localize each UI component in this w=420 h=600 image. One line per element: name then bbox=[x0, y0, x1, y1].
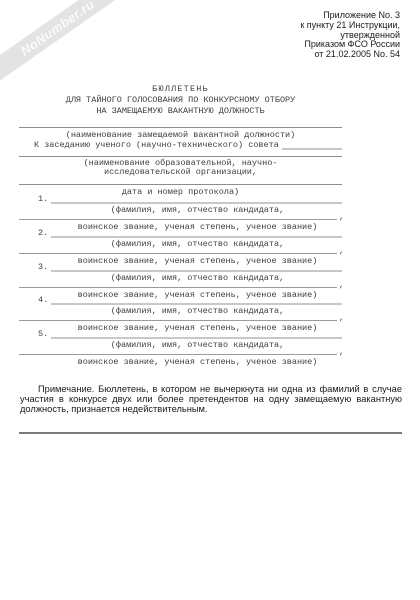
organization-caption-line: исследовательской организации, bbox=[19, 168, 342, 177]
entry-caption-top: (фамилия, имя, отчество кандидата, bbox=[53, 239, 342, 249]
entry-caption-bottom: воинское звание, ученая степень, ученое … bbox=[53, 357, 342, 367]
organization-caption: (наименование образовательной, научно- и… bbox=[19, 159, 342, 177]
council-label: К заседанию ученого (научно-технического… bbox=[34, 140, 279, 150]
entry-fill-row: 5. bbox=[38, 331, 342, 339]
bottom-rule bbox=[19, 432, 402, 434]
entry-fill-row: 2. bbox=[38, 230, 342, 238]
candidate-entry: 4. (фамилия, имя, отчество кандидата, , … bbox=[0, 297, 420, 331]
entry-separator-rule bbox=[19, 287, 337, 288]
annex-line: от 21.02.2005 No. 54 bbox=[300, 50, 400, 60]
entry-number: 3. bbox=[38, 262, 48, 272]
organization-rule bbox=[19, 156, 342, 157]
document-title: БЮЛЛЕТЕНЬ ДЛЯ ТАЙНОГО ГОЛОСОВАНИЯ ПО КОН… bbox=[19, 84, 342, 117]
title-line: БЮЛЛЕТЕНЬ bbox=[19, 84, 342, 95]
position-name-rule bbox=[19, 127, 342, 128]
title-line: ДЛЯ ТАЙНОГО ГОЛОСОВАНИЯ ПО КОНКУРСНОМУ О… bbox=[19, 95, 342, 106]
annex-reference-block: Приложение No. 3 к пункту 21 Инструкции,… bbox=[300, 11, 400, 60]
candidate-entry: 1. (фамилия, имя, отчество кандидата, , … bbox=[0, 196, 420, 230]
entry-fill-row: 3. bbox=[38, 264, 342, 272]
title-line: НА ЗАМЕЩАЕМУЮ ВАКАНТНУЮ ДОЛЖНОСТЬ bbox=[19, 106, 342, 117]
candidate-fill-in-blank bbox=[51, 228, 342, 238]
entry-separator-rule bbox=[19, 354, 337, 355]
entry-comma: , bbox=[339, 212, 344, 222]
entry-caption-top: (фамилия, имя, отчество кандидата, bbox=[53, 273, 342, 283]
entry-separator-rule bbox=[19, 253, 337, 254]
entry-fill-row: 4. bbox=[38, 297, 342, 305]
ballot-document-page: NoNumber.ru Приложение No. 3 к пункту 21… bbox=[0, 0, 420, 600]
candidate-fill-in-blank bbox=[51, 262, 342, 272]
candidate-fill-in-blank bbox=[51, 295, 342, 305]
watermark: NoNumber.ru bbox=[0, 0, 135, 86]
entry-number: 5. bbox=[38, 329, 48, 339]
entry-caption-top: (фамилия, имя, отчество кандидата, bbox=[53, 205, 342, 215]
entry-number: 2. bbox=[38, 228, 48, 238]
council-row: К заседанию ученого (научно-технического… bbox=[34, 139, 342, 150]
entry-comma: , bbox=[339, 246, 344, 256]
candidate-entry: 5. (фамилия, имя, отчество кандидата, , … bbox=[0, 331, 420, 365]
entry-separator-rule bbox=[19, 320, 337, 321]
entry-number: 1. bbox=[38, 194, 48, 204]
entry-caption-top: (фамилия, имя, отчество кандидата, bbox=[53, 340, 342, 350]
candidate-fill-in-blank bbox=[51, 194, 342, 204]
note-paragraph: Примечание. Бюллетень, в котором не выче… bbox=[20, 384, 402, 414]
council-fill-in-blank bbox=[282, 137, 342, 150]
entry-fill-row: 1. bbox=[38, 196, 342, 204]
entry-comma: , bbox=[339, 280, 344, 290]
candidate-fill-in-blank bbox=[51, 329, 342, 339]
entry-separator-rule bbox=[19, 219, 337, 220]
entry-caption-top: (фамилия, имя, отчество кандидата, bbox=[53, 306, 342, 316]
entry-comma: , bbox=[339, 313, 344, 323]
entry-number: 4. bbox=[38, 295, 48, 305]
protocol-rule bbox=[19, 184, 342, 185]
entry-comma: , bbox=[339, 347, 344, 357]
candidate-entry: 3. (фамилия, имя, отчество кандидата, , … bbox=[0, 264, 420, 298]
candidate-entry: 2. (фамилия, имя, отчество кандидата, , … bbox=[0, 230, 420, 264]
